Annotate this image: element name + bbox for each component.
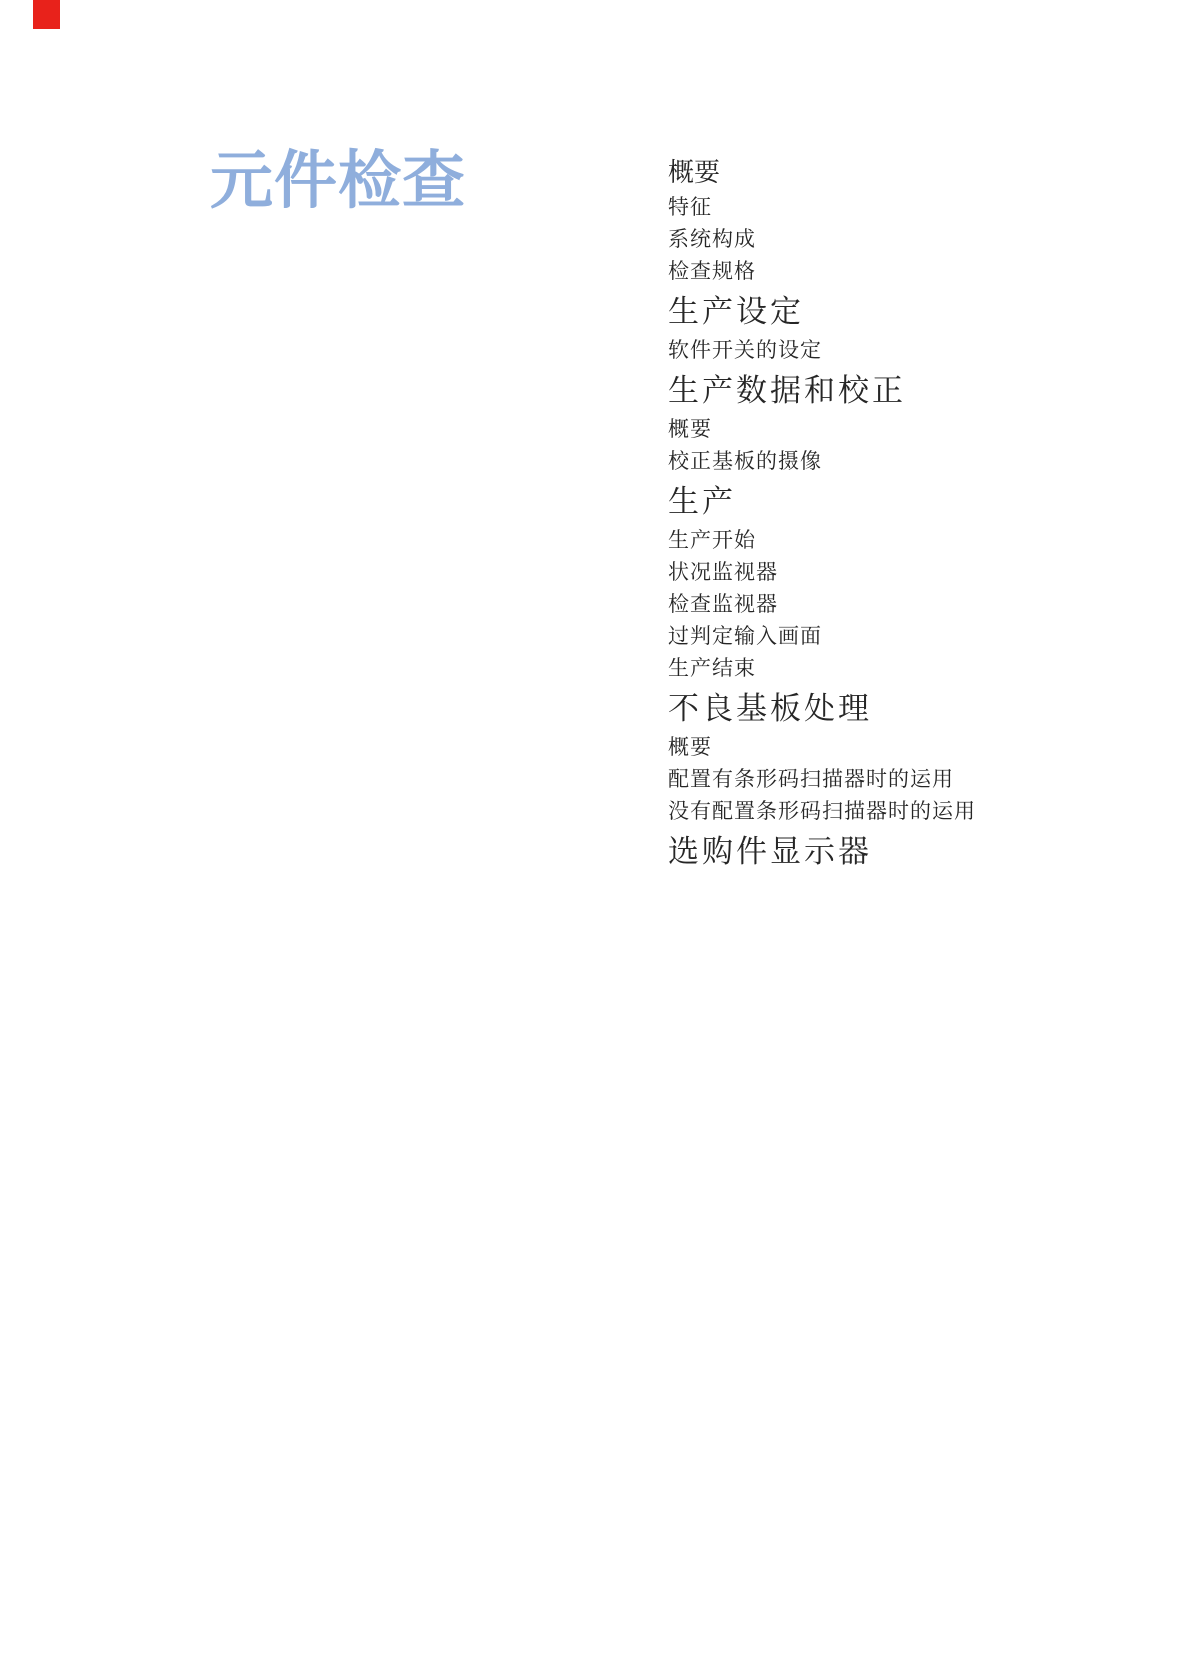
toc-item[interactable]: 特征 xyxy=(668,192,1148,224)
toc-item[interactable]: 没有配置条形码扫描器时的运用 xyxy=(668,796,1148,828)
toc-item[interactable]: 生产开始 xyxy=(668,525,1148,557)
toc-item[interactable]: 生产设定 xyxy=(668,288,1148,335)
toc-item[interactable]: 软件开关的设定 xyxy=(668,335,1148,367)
toc-item[interactable]: 检查监视器 xyxy=(668,589,1148,621)
chapter-tab-marker xyxy=(33,0,60,29)
toc-item[interactable]: 概要 xyxy=(668,152,1148,192)
toc-item[interactable]: 生产结束 xyxy=(668,653,1148,685)
toc-item[interactable]: 过判定输入画面 xyxy=(668,621,1148,653)
toc-item[interactable]: 状况监视器 xyxy=(668,557,1148,589)
toc-item[interactable]: 不良基板处理 xyxy=(668,685,1148,732)
toc-item[interactable]: 生产 xyxy=(668,478,1148,525)
table-of-contents: 概要特征系统构成检查规格生产设定软件开关的设定生产数据和校正概要校正基板的摄像生… xyxy=(668,152,1148,875)
toc-item[interactable]: 概要 xyxy=(668,414,1148,446)
toc-item[interactable]: 校正基板的摄像 xyxy=(668,446,1148,478)
toc-item[interactable]: 生产数据和校正 xyxy=(668,367,1148,414)
toc-item[interactable]: 概要 xyxy=(668,732,1148,764)
toc-item[interactable]: 配置有条形码扫描器时的运用 xyxy=(668,764,1148,796)
chapter-title: 元件检查 xyxy=(210,146,466,217)
toc-item[interactable]: 检查规格 xyxy=(668,256,1148,288)
toc-item[interactable]: 系统构成 xyxy=(668,224,1148,256)
manual-chapter-cover-page: 元件检查 概要特征系统构成检查规格生产设定软件开关的设定生产数据和校正概要校正基… xyxy=(0,0,1184,1675)
toc-item[interactable]: 选购件显示器 xyxy=(668,828,1148,875)
